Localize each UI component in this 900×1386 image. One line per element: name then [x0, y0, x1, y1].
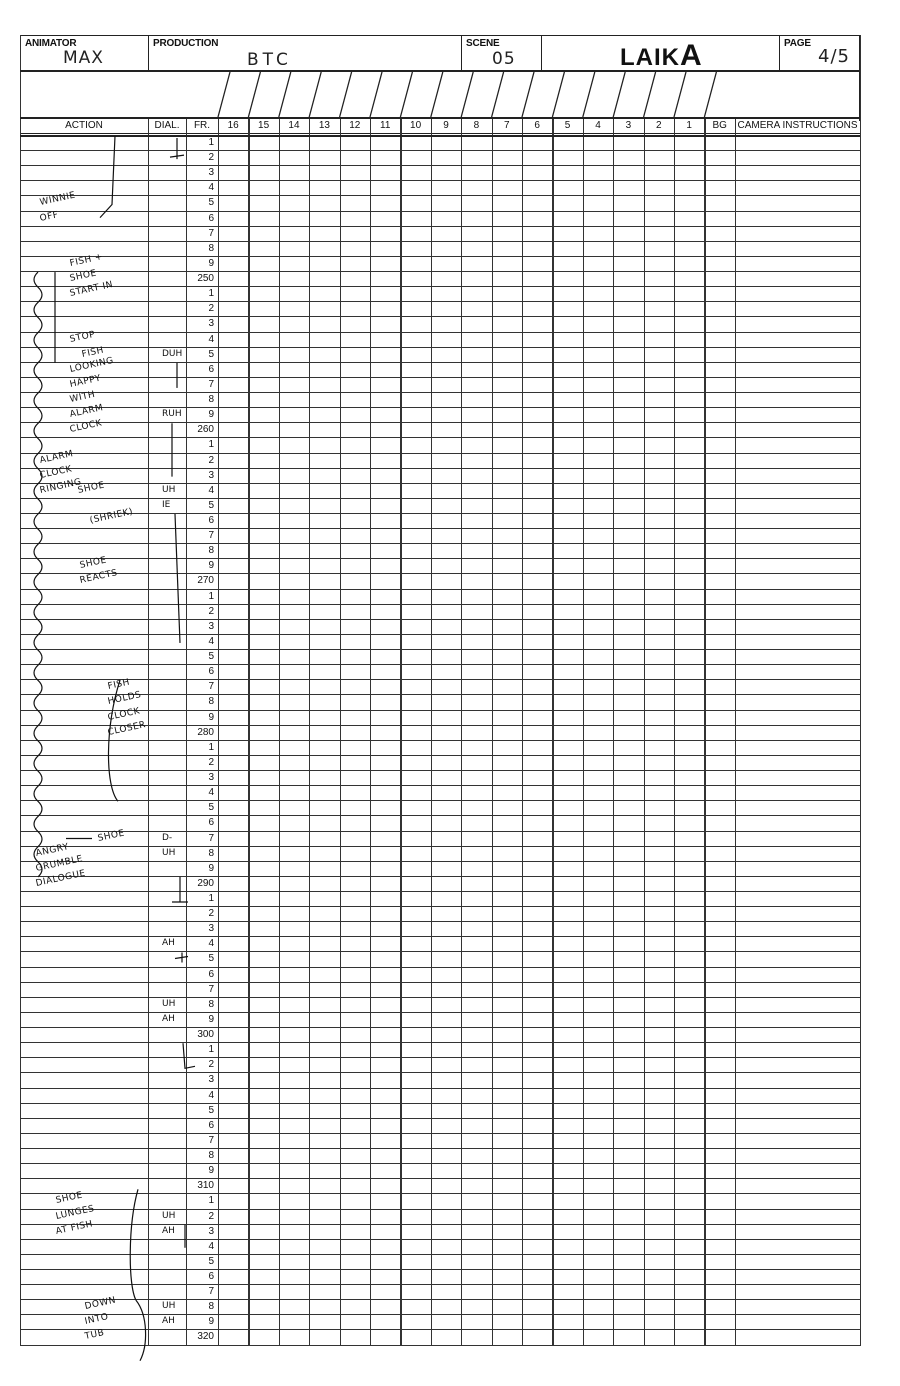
- page-value: 4/5: [818, 46, 850, 67]
- frame-row: [20, 454, 860, 469]
- frame-number: 8: [188, 999, 214, 1010]
- frame-number: 9: [188, 712, 214, 723]
- frame-number: 1: [188, 439, 214, 450]
- frame-number: 4: [188, 938, 214, 949]
- frame-row: [20, 1058, 860, 1073]
- frame-row: [20, 257, 860, 272]
- frame-number: 8: [188, 545, 214, 556]
- column-divider: [218, 118, 219, 1346]
- frame-row: [20, 514, 860, 529]
- dialogue-note: IE: [162, 500, 170, 510]
- frame-row: [20, 393, 860, 408]
- column-divider: [400, 118, 401, 1346]
- frame-row: [20, 832, 860, 847]
- frame-number: 2: [188, 757, 214, 768]
- frame-number: 9: [188, 1316, 214, 1327]
- production-label: PRODUCTION: [153, 38, 218, 49]
- frame-number: 6: [188, 213, 214, 224]
- frame-row: [20, 590, 860, 605]
- frame-number: 9: [188, 863, 214, 874]
- level-column-header: 7: [492, 118, 522, 134]
- header-rule: [20, 117, 860, 119]
- frame-number: 2: [188, 1211, 214, 1222]
- frame-number: 4: [188, 636, 214, 647]
- frame-row: [20, 1104, 860, 1119]
- frame-number: 2: [188, 606, 214, 617]
- frame-number: 7: [188, 379, 214, 390]
- frame-number: 260: [188, 424, 214, 435]
- dial-column-header: DIAL.: [148, 118, 186, 134]
- frame-number: 280: [188, 727, 214, 738]
- dialogue-note: DUH: [162, 349, 182, 359]
- frame-number: 6: [188, 1271, 214, 1282]
- frame-row: [20, 1194, 860, 1209]
- frame-row: [20, 847, 860, 862]
- frame-number: 7: [188, 833, 214, 844]
- column-divider: [248, 118, 249, 1346]
- column-divider: [674, 118, 675, 1346]
- frame-number: 6: [188, 969, 214, 980]
- level-column-header: 14: [279, 118, 309, 134]
- frame-number: 4: [188, 1090, 214, 1101]
- frame-row: [20, 272, 860, 287]
- frame-number: 5: [188, 1256, 214, 1267]
- level-column-header: 1: [674, 118, 704, 134]
- frame-row: [20, 287, 860, 302]
- frame-number: 2: [188, 152, 214, 163]
- frame-number: 5: [188, 500, 214, 511]
- scene-label: SCENE: [466, 38, 499, 49]
- column-divider: [735, 118, 736, 1346]
- frame-number: 3: [188, 772, 214, 783]
- frame-number: 3: [188, 923, 214, 934]
- frame-row: [20, 1210, 860, 1225]
- frame-row: [20, 1119, 860, 1134]
- column-divider: [309, 118, 310, 1346]
- frame-row: [20, 695, 860, 710]
- frame-number: 3: [188, 470, 214, 481]
- frame-row: [20, 1300, 860, 1315]
- frame-row: [20, 877, 860, 892]
- level-column-header: 5: [552, 118, 582, 134]
- frame-row: [20, 952, 860, 967]
- frame-row: [20, 469, 860, 484]
- frame-row: [20, 333, 860, 348]
- laika-logo: LAIKA: [620, 39, 703, 73]
- logo-prefix: LAIK: [620, 44, 680, 71]
- frame-number: 310: [188, 1180, 214, 1191]
- frame-number: 2: [188, 455, 214, 466]
- frame-row: [20, 1240, 860, 1255]
- frame-number: 7: [188, 1286, 214, 1297]
- logo-box: LAIKA: [541, 35, 781, 71]
- frame-row: [20, 212, 860, 227]
- scene-box: SCENE 05: [461, 35, 543, 71]
- scene-value: 05: [492, 49, 516, 69]
- frame-number: 9: [188, 409, 214, 420]
- frame-row: [20, 408, 860, 423]
- page-box: PAGE 4/5: [779, 35, 860, 71]
- level-column-header: 3: [613, 118, 643, 134]
- frame-number: 2: [188, 908, 214, 919]
- frame-row: [20, 317, 860, 332]
- frame-number: 3: [188, 318, 214, 329]
- frame-row: [20, 227, 860, 242]
- frame-row: [20, 423, 860, 438]
- frame-row: [20, 786, 860, 801]
- frame-number: 9: [188, 258, 214, 269]
- frame-number: 3: [188, 167, 214, 178]
- frame-number: 4: [188, 334, 214, 345]
- logo-suffix: A: [680, 39, 703, 72]
- frame-number: 9: [188, 1014, 214, 1025]
- action-column-header: ACTION: [20, 118, 148, 134]
- frame-number: 1: [188, 1195, 214, 1206]
- column-divider: [370, 118, 371, 1346]
- column-divider: [583, 118, 584, 1346]
- frame-row: [20, 484, 860, 499]
- dialogue-note: UH: [162, 485, 175, 495]
- frame-row: [20, 499, 860, 514]
- header-rule: [20, 135, 860, 137]
- level-column-header: 16: [218, 118, 248, 134]
- frame-number: 8: [188, 243, 214, 254]
- dialogue-note: AH: [162, 1014, 175, 1024]
- frame-row: [20, 559, 860, 574]
- level-column-header: 11: [370, 118, 400, 134]
- level-column-header: 2: [644, 118, 674, 134]
- frame-number: 1: [188, 288, 214, 299]
- frame-number: 8: [188, 394, 214, 405]
- frame-number: 7: [188, 228, 214, 239]
- frame-row: [20, 181, 860, 196]
- frame-number: 5: [188, 1105, 214, 1116]
- frame-number: 8: [188, 696, 214, 707]
- frame-row: [20, 983, 860, 998]
- level-label-band: [20, 71, 860, 121]
- frame-row: [20, 1164, 860, 1179]
- frame-row: [20, 922, 860, 937]
- frame-row: [20, 892, 860, 907]
- animator-box: ANIMATOR MAX: [20, 35, 150, 71]
- frame-row: [20, 605, 860, 620]
- level-column-header: 10: [400, 118, 430, 134]
- frame-number: 2: [188, 303, 214, 314]
- page-label: PAGE: [784, 38, 811, 49]
- frame-row: [20, 1270, 860, 1285]
- dialogue-note: AH: [162, 938, 175, 948]
- frame-number: 1: [188, 1044, 214, 1055]
- frame-row: [20, 937, 860, 952]
- frame-row: [20, 363, 860, 378]
- frame-number: 3: [188, 1074, 214, 1085]
- dialogue-note: D-: [162, 833, 172, 843]
- production-box: PRODUCTION BTC: [148, 35, 463, 71]
- dialogue-note: UH: [162, 1211, 175, 1221]
- frame-number: 7: [188, 530, 214, 541]
- frame-row: [20, 998, 860, 1013]
- frame-number: 6: [188, 364, 214, 375]
- frame-number: 1: [188, 742, 214, 753]
- frame-row: [20, 756, 860, 771]
- frame-number: 1: [188, 137, 214, 148]
- frame-number: 6: [188, 817, 214, 828]
- frame-number: 3: [188, 1226, 214, 1237]
- column-divider: [431, 118, 432, 1346]
- dialogue-note: UH: [162, 999, 175, 1009]
- frame-row: [20, 348, 860, 363]
- frame-row: [20, 302, 860, 317]
- frame-row: [20, 196, 860, 211]
- frame-row: [20, 544, 860, 559]
- frame-number: 1: [188, 591, 214, 602]
- frame-number: 290: [188, 878, 214, 889]
- dialogue-note: UH: [162, 1301, 175, 1311]
- column-divider: [340, 118, 341, 1346]
- frame-row: [20, 968, 860, 983]
- frame-row: [20, 136, 860, 151]
- frame-row: [20, 801, 860, 816]
- frame-row: [20, 1073, 860, 1088]
- column-divider: [461, 118, 462, 1346]
- column-divider: [860, 35, 861, 1346]
- header-rule: [20, 70, 860, 72]
- frame-row: [20, 665, 860, 680]
- frame-number: 5: [188, 802, 214, 813]
- dialogue-note: AH: [162, 1226, 175, 1236]
- frame-number: 6: [188, 666, 214, 677]
- level-column-header: 13: [309, 118, 339, 134]
- frame-number: 300: [188, 1029, 214, 1040]
- frame-number: 9: [188, 560, 214, 571]
- frame-number: 8: [188, 1301, 214, 1312]
- level-column-header: 8: [461, 118, 491, 134]
- frame-row: [20, 907, 860, 922]
- column-divider: [186, 118, 187, 1346]
- frame-number: 1: [188, 893, 214, 904]
- dialogue-note: AH: [162, 1316, 175, 1326]
- frame-row: [20, 438, 860, 453]
- frame-number: 4: [188, 1241, 214, 1252]
- frame-row: [20, 378, 860, 393]
- level-column-header: 6: [522, 118, 552, 134]
- camera-column-header: CAMERA INSTRUCTIONS: [735, 118, 860, 134]
- frame-number: 270: [188, 575, 214, 586]
- frame-row: [20, 816, 860, 831]
- frame-row: [20, 1043, 860, 1058]
- frame-number: 4: [188, 182, 214, 193]
- frame-number: 4: [188, 485, 214, 496]
- frame-number: 5: [188, 349, 214, 360]
- frame-row: [20, 1330, 860, 1345]
- frame-number: 7: [188, 681, 214, 692]
- column-divider: [704, 118, 705, 1346]
- column-divider: [20, 35, 21, 1346]
- frame-row: [20, 711, 860, 726]
- frame-row: [20, 1013, 860, 1028]
- column-divider: [552, 118, 553, 1346]
- bg-column-header: BG: [704, 118, 735, 134]
- frame-row: [20, 635, 860, 650]
- frame-number: 3: [188, 621, 214, 632]
- production-value: BTC: [247, 50, 292, 70]
- frame-number: 8: [188, 1150, 214, 1161]
- frame-row: [20, 1149, 860, 1164]
- frame-number: 6: [188, 1120, 214, 1131]
- frame-column-header: FR.: [186, 118, 218, 134]
- frame-row: [20, 680, 860, 695]
- frame-number: 5: [188, 953, 214, 964]
- frame-row: [20, 1315, 860, 1330]
- frame-row: [20, 771, 860, 786]
- frame-number: 320: [188, 1331, 214, 1342]
- frame-number: 5: [188, 651, 214, 662]
- frame-row: [20, 650, 860, 665]
- frame-number: 7: [188, 1135, 214, 1146]
- frame-number: 250: [188, 273, 214, 284]
- frame-number: 2: [188, 1059, 214, 1070]
- frame-row: [20, 151, 860, 166]
- frame-row: [20, 1285, 860, 1300]
- frame-row: [20, 1089, 860, 1104]
- frame-number: 4: [188, 787, 214, 798]
- column-divider: [148, 118, 149, 1346]
- frame-row: [20, 741, 860, 756]
- frame-row: [20, 529, 860, 544]
- column-divider: [492, 118, 493, 1346]
- frame-row: [20, 1179, 860, 1194]
- frame-row: [20, 1134, 860, 1149]
- frame-row: [20, 242, 860, 257]
- frame-number: 9: [188, 1165, 214, 1176]
- frame-number: 6: [188, 515, 214, 526]
- level-column-header: 4: [583, 118, 613, 134]
- level-column-header: 12: [340, 118, 370, 134]
- column-divider: [279, 118, 280, 1346]
- dialogue-note: UH: [162, 848, 175, 858]
- frame-row: [20, 1255, 860, 1270]
- frame-number: 7: [188, 984, 214, 995]
- dialogue-note: RUH: [162, 409, 182, 419]
- animator-value: MAX: [63, 48, 104, 68]
- level-column-header: 9: [431, 118, 461, 134]
- frame-row: [20, 862, 860, 877]
- frame-row: [20, 1225, 860, 1240]
- column-divider: [644, 118, 645, 1346]
- frame-row: [20, 574, 860, 589]
- frame-number: 5: [188, 197, 214, 208]
- frame-number: 8: [188, 848, 214, 859]
- frame-row: [20, 1028, 860, 1043]
- frame-row: [20, 620, 860, 635]
- level-column-header: 15: [248, 118, 278, 134]
- column-divider: [522, 118, 523, 1346]
- frame-row: [20, 166, 860, 181]
- column-divider: [613, 118, 614, 1346]
